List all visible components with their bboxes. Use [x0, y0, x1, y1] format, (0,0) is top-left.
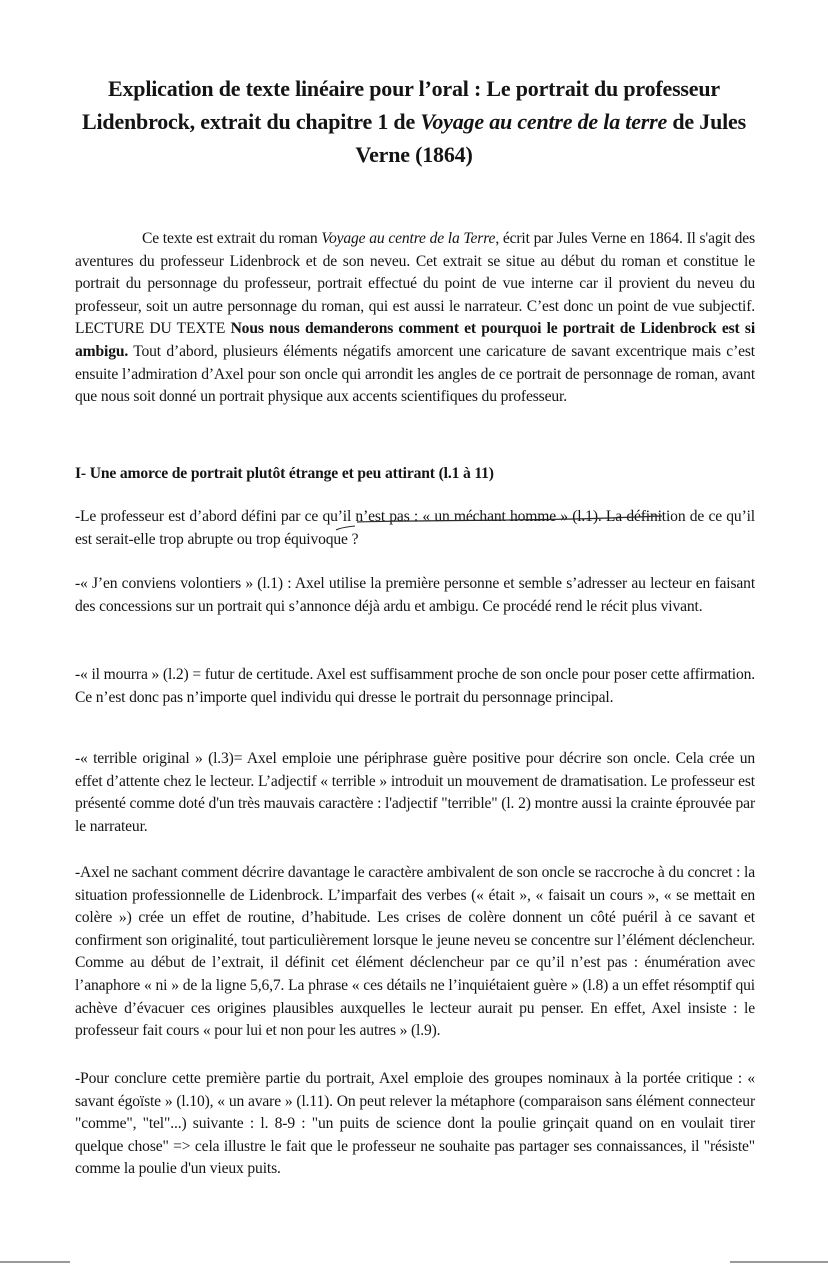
- scanned-document-page: Explication de texte linéaire pour l’ora…: [0, 0, 828, 1264]
- intro-text-3: Tout d’abord, plusieurs éléments négatif…: [75, 343, 755, 405]
- analysis-paragraph-5: -Axel ne sachant comment décrire davanta…: [75, 862, 755, 1043]
- analysis-paragraph-6: -Pour conclure cette première partie du …: [75, 1068, 755, 1181]
- intro-text-1: Ce texte est extrait du roman: [142, 230, 321, 247]
- analysis-paragraph-2: -« J’en conviens volontiers » (l.1) : Ax…: [75, 573, 755, 618]
- analysis-paragraph-1: -Le professeur est d’abord défini par ce…: [75, 506, 755, 551]
- section-1-heading: I- Une amorce de portrait plutôt étrange…: [75, 463, 755, 486]
- scan-edge-right: [730, 1261, 828, 1263]
- analysis-paragraph-3: -« il mourra » (l.2) = futur de certitud…: [75, 664, 755, 709]
- document-title: Explication de texte linéaire pour l’ora…: [80, 72, 748, 171]
- introduction-paragraph: Ce texte est extrait du roman Voyage au …: [75, 228, 755, 409]
- scan-edge-left: [0, 1261, 70, 1263]
- intro-book-name: Voyage au centre de la Terre: [321, 230, 495, 247]
- title-book-name: Voyage au centre de la terre: [420, 109, 667, 134]
- analysis-paragraph-4: -« terrible original » (l.3)= Axel emplo…: [75, 748, 755, 838]
